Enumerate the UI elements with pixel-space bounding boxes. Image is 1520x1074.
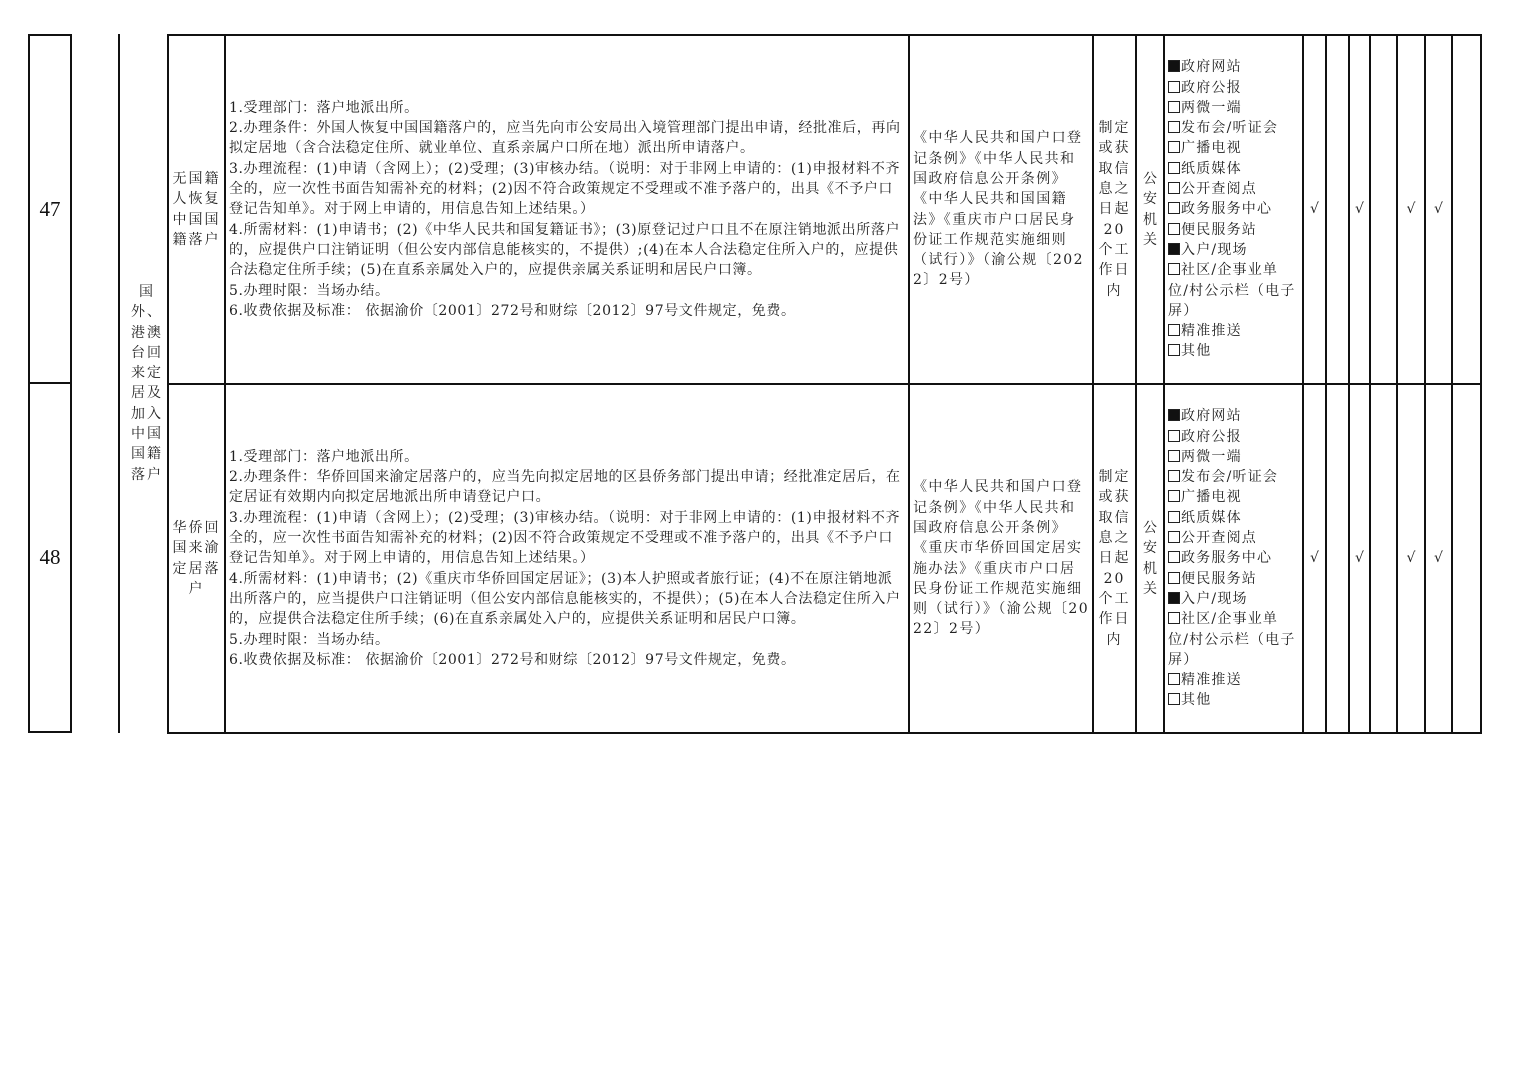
detail-line: 2.办理条件：华侨回国来渝定居落户的，应当先向拟定居地的区县侨务部门提出申请；经… — [229, 467, 905, 508]
checkbox-empty-icon — [1168, 612, 1180, 624]
channel-item: 便民服务站 — [1168, 220, 1299, 240]
channel-item: 政府公报 — [1168, 78, 1299, 98]
check-mark-icon: √ — [1425, 35, 1452, 384]
checkbox-empty-icon — [1168, 531, 1180, 543]
detail-line: 5.办理时限：当场办结。 — [229, 281, 905, 301]
check-mark-icon: √ — [1397, 35, 1425, 384]
check-mark-icon: √ — [1349, 384, 1370, 733]
responsible-subject: 公安机关 — [1136, 35, 1164, 384]
checkbox-empty-icon — [1168, 693, 1180, 705]
channel-item: 政府网站 — [1168, 57, 1299, 77]
channel-item: 发布会/听证会 — [1168, 467, 1299, 487]
mark-cell — [1370, 384, 1397, 733]
channel-item: 发布会/听证会 — [1168, 118, 1299, 138]
channel-item: 入户/现场 — [1168, 589, 1299, 609]
checkbox-empty-icon — [1168, 511, 1180, 523]
disclosure-channels: 政府网站 政府公报 两微一端 发布会/听证会 广播电视 纸质媒体 公开查阅点 政… — [1164, 35, 1303, 384]
checkbox-empty-icon — [1168, 141, 1180, 153]
checkbox-checked-icon — [1168, 409, 1180, 421]
detail-line: 6.收费依据及标准： 依据渝价〔2001〕272号和财综〔2012〕97号文件规… — [229, 650, 905, 670]
channel-item: 政府公报 — [1168, 427, 1299, 447]
channel-item: 精准推送 — [1168, 321, 1299, 341]
mark-cell — [1452, 384, 1481, 733]
checkbox-checked-icon — [1168, 243, 1180, 255]
checkbox-empty-icon — [1168, 450, 1180, 462]
category-divider — [118, 34, 120, 733]
detail-line: 3.办理流程：(1)申请（含网上）；(2)受理；(3)审核办结。（说明：对于非网… — [229, 159, 905, 220]
checkbox-empty-icon — [1168, 223, 1180, 235]
channel-item: 公开查阅点 — [1168, 528, 1299, 548]
channel-item: 便民服务站 — [1168, 569, 1299, 589]
checkbox-empty-icon — [1168, 430, 1180, 442]
mark-cell — [1326, 35, 1349, 384]
disclosure-channels: 政府网站 政府公报 两微一端 发布会/听证会 广播电视 纸质媒体 公开查阅点 政… — [1164, 384, 1303, 733]
channel-item: 两微一端 — [1168, 447, 1299, 467]
mark-cell — [1370, 35, 1397, 384]
checkbox-empty-icon — [1168, 344, 1180, 356]
category-label: 国外、港澳台回来定居及加入中国国籍落户 — [128, 282, 166, 485]
checkbox-empty-icon — [1168, 263, 1180, 275]
checkbox-empty-icon — [1168, 81, 1180, 93]
detail-line: 5.办理时限：当场办结。 — [229, 630, 905, 650]
channel-item: 精准推送 — [1168, 670, 1299, 690]
detail-line: 1.受理部门：落户地派出所。 — [229, 98, 905, 118]
checkbox-empty-icon — [1168, 101, 1180, 113]
channel-item: 公开查阅点 — [1168, 179, 1299, 199]
checkbox-empty-icon — [1168, 572, 1180, 584]
detail-line: 1.受理部门：落户地派出所。 — [229, 447, 905, 467]
channel-item: 纸质媒体 — [1168, 159, 1299, 179]
row-number-47: 47 — [28, 34, 72, 384]
checkbox-empty-icon — [1168, 490, 1180, 502]
responsible-subject: 公安机关 — [1136, 384, 1164, 733]
disclosure-table: 无国籍人恢复中国国籍落户 1.受理部门：落户地派出所。 2.办理条件：外国人恢复… — [167, 34, 1482, 734]
channel-item: 纸质媒体 — [1168, 508, 1299, 528]
mark-cell — [1326, 384, 1349, 733]
item-details: 1.受理部门：落户地派出所。 2.办理条件：外国人恢复中国国籍落户的，应当先向市… — [225, 35, 909, 384]
check-mark-icon: √ — [1303, 35, 1326, 384]
check-mark-icon: √ — [1303, 384, 1326, 733]
channel-item: 政务服务中心 — [1168, 199, 1299, 219]
channel-item: 两微一端 — [1168, 98, 1299, 118]
item-details: 1.受理部门：落户地派出所。 2.办理条件：华侨回国来渝定居落户的，应当先向拟定… — [225, 384, 909, 733]
checkbox-empty-icon — [1168, 551, 1180, 563]
detail-line: 4.所需材料：(1)申请书；(2)《中华人民共和国复籍证书》；(3)原登记过户口… — [229, 220, 905, 281]
check-mark-icon: √ — [1397, 384, 1425, 733]
time-limit: 制定或获取信息之日起20个工作日内 — [1093, 35, 1136, 384]
table-row: 无国籍人恢复中国国籍落户 1.受理部门：落户地派出所。 2.办理条件：外国人恢复… — [168, 35, 1481, 384]
checkbox-empty-icon — [1168, 470, 1180, 482]
checkbox-empty-icon — [1168, 673, 1180, 685]
checkbox-empty-icon — [1168, 121, 1180, 133]
item-name: 华侨回国来渝定居落户 — [168, 384, 225, 733]
checkbox-checked-icon — [1168, 592, 1180, 604]
detail-line: 3.办理流程：(1)申请（含网上）；(2)受理；(3)审核办结。（说明：对于非网… — [229, 508, 905, 569]
channel-item: 社区/企事业单位/村公示栏（电子屏） — [1168, 609, 1299, 670]
channel-item: 广播电视 — [1168, 487, 1299, 507]
detail-line: 4.所需材料：(1)申请书；(2)《重庆市华侨回国定居证》；(3)本人护照或者旅… — [229, 569, 905, 630]
checkbox-empty-icon — [1168, 324, 1180, 336]
checkbox-empty-icon — [1168, 162, 1180, 174]
detail-line: 2.办理条件：外国人恢复中国国籍落户的，应当先向市公安局出入境管理部门提出申请，… — [229, 118, 905, 159]
row-number-48: 48 — [28, 382, 72, 733]
channel-item: 政府网站 — [1168, 406, 1299, 426]
checkbox-empty-icon — [1168, 182, 1180, 194]
channel-item: 政务服务中心 — [1168, 548, 1299, 568]
legal-basis: 《中华人民共和国户口登记条例》《中华人民共和国政府信息公开条例》《重庆市华侨回国… — [909, 384, 1093, 733]
time-limit: 制定或获取信息之日起20个工作日内 — [1093, 384, 1136, 733]
item-name: 无国籍人恢复中国国籍落户 — [168, 35, 225, 384]
legal-basis: 《中华人民共和国户口登记条例》《中华人民共和国政府信息公开条例》《中华人民共和国… — [909, 35, 1093, 384]
channel-item: 广播电视 — [1168, 138, 1299, 158]
channel-item: 社区/企事业单位/村公示栏（电子屏） — [1168, 260, 1299, 321]
channel-item: 入户/现场 — [1168, 240, 1299, 260]
check-mark-icon: √ — [1425, 384, 1452, 733]
channel-item: 其他 — [1168, 341, 1299, 361]
checkbox-checked-icon — [1168, 60, 1180, 72]
table-row: 华侨回国来渝定居落户 1.受理部门：落户地派出所。 2.办理条件：华侨回国来渝定… — [168, 384, 1481, 733]
checkbox-empty-icon — [1168, 202, 1180, 214]
check-mark-icon: √ — [1349, 35, 1370, 384]
channel-item: 其他 — [1168, 690, 1299, 710]
mark-cell — [1452, 35, 1481, 384]
detail-line: 6.收费依据及标准： 依据渝价〔2001〕272号和财综〔2012〕97号文件规… — [229, 301, 905, 321]
